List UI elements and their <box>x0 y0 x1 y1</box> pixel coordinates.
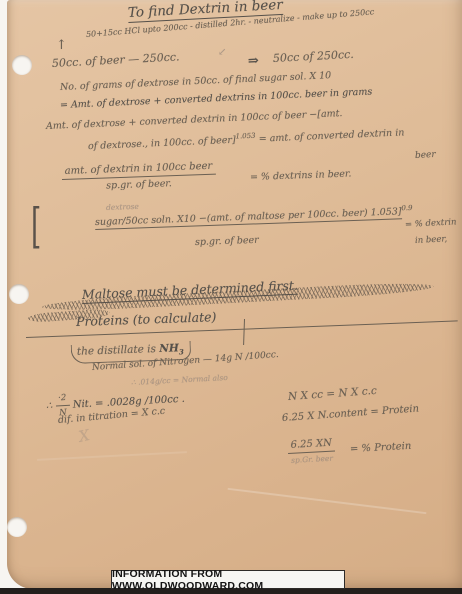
converted-dextrin-line-2: of dextrose., in 100cc. of beer]1.053 = … <box>88 125 405 152</box>
hole-punch-bottom <box>7 517 27 537</box>
paper-sheet: To find Dextrin in beer 50+15cc HCl upto… <box>7 0 462 589</box>
converted-dextrin-text: of dextrose., in 100cc. of beer] <box>88 135 236 152</box>
paper-crease <box>37 451 187 461</box>
implies-arrow: ⇒ <box>248 53 260 69</box>
dextrin-formula-result-2: in beer, <box>415 234 448 246</box>
nit-frac-numerator: ·2 <box>55 393 70 407</box>
protein-percent-fraction: 6.25 XN sp.Gr. beer <box>287 438 336 465</box>
nh3-subscript: 3 <box>179 347 184 356</box>
divider-tick <box>243 319 245 345</box>
down-arrow-annotation: ↙ <box>218 47 226 58</box>
nh3-formula: NH <box>159 342 179 355</box>
converted-dextrin-line-1: Amt. of dextrose + converted dextrin in … <box>46 108 343 132</box>
protein-frac-denominator: sp.Gr. beer <box>288 452 336 465</box>
converted-dextrin-line-3: beer <box>415 150 436 161</box>
numerator-text: sugar/50cc soln. X10 −(amt. of maltose p… <box>95 206 402 230</box>
beer-dilution-result: 50cc of 250cc. <box>273 48 354 65</box>
n-times-cc-equation: N X cc = N X c.c <box>288 385 378 403</box>
dextrin-formula-result-1: = % dextrin <box>405 217 457 230</box>
scanned-notebook-page: To find Dextrin in beer 50+15cc HCl upto… <box>0 0 462 594</box>
hole-punch-middle <box>9 284 29 304</box>
dextrin-percent-result: = % dextrins in beer. <box>250 168 352 183</box>
watermark-label: INFORMATION FROM WWW.OLDWOODWARD.COM <box>111 570 345 589</box>
dextrin-formula-denominator: sp.gr. of beer <box>195 235 259 248</box>
protein-percent-result: = % Protein <box>350 441 412 455</box>
faint-x-mark: X <box>77 426 91 446</box>
therefore-sign: ∴ <box>46 401 53 412</box>
left-bracket: [ <box>31 198 41 254</box>
beer-dilution-line: 50cc. of beer — 250cc. <box>52 50 180 70</box>
distillate-text: the distillate is <box>77 343 160 358</box>
converted-dextrin-equals: = amt. of converted dextrin in <box>259 127 405 144</box>
dextrin-formula-numerator: sugar/50cc soln. X10 −(amt. of maltose p… <box>95 204 413 228</box>
dextrose-correction: dextrose <box>106 202 139 212</box>
exponent-09: 0.9 <box>401 204 412 212</box>
paper-crease <box>228 488 427 514</box>
up-arrow-annotation: ↑ <box>56 38 67 53</box>
dextrin-percent-fraction: amt. of dextrin in 100cc beer sp.gr. of … <box>62 161 216 193</box>
factor-superscript: 1.053 <box>235 132 255 141</box>
normal-also-line: ∴ .014g/cc = Normal also <box>131 373 228 387</box>
hole-punch-top <box>12 55 32 75</box>
protein-equation: 6.25 X N.content = Protein <box>282 403 420 424</box>
